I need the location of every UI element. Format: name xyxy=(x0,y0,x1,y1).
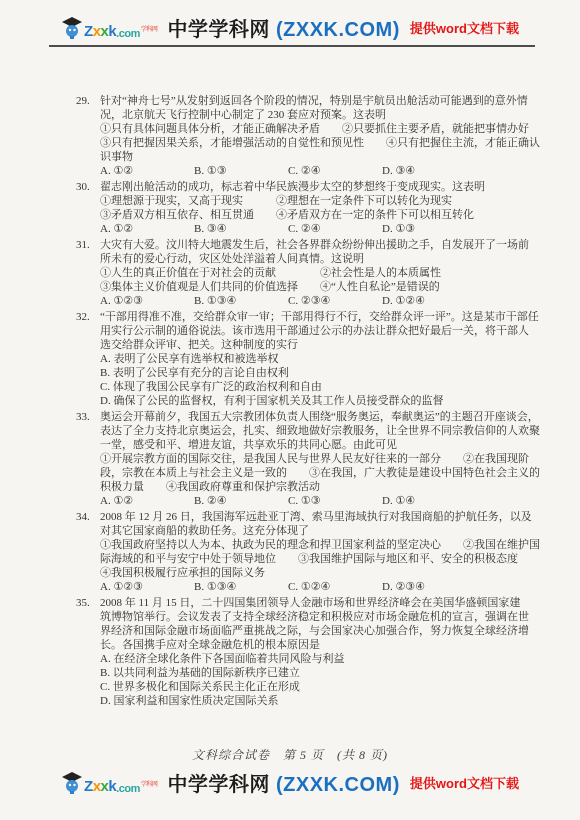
choice-line: A. 表明了公民享有选举权和被选举权 xyxy=(100,352,514,366)
question-text-line: ①人生的真正价值在于对社会的贡献 ②社会性是人的本质属性 xyxy=(100,266,514,280)
question-body: 奥运会开幕前夕，我国五大宗教团体负责人围绕“服务奥运，奉献奥运”的主题召开座谈会… xyxy=(100,410,514,508)
question-text-line: 用实行公示制的通俗说法。该市选用干部通过公示的办法让群众把好最后一关，将干部人 xyxy=(100,324,514,338)
question-number: 33. xyxy=(76,410,100,508)
choices-row: A. ①②B. ②④C. ①③D. ①④ xyxy=(100,494,514,508)
site-name: 中学学科网 (ZXXK.COM) xyxy=(167,13,399,42)
header-divider xyxy=(49,45,535,47)
page-footer-info: 文科综合试卷 第 5 页 (共 8 页) xyxy=(0,746,580,763)
question-body: 翟志刚出舱活动的成功，标志着中华民族漫步太空的梦想终于变成现实。这表明①理想源于… xyxy=(100,180,514,236)
choices-row: A. ①②B. ③④C. ②④D. ①③ xyxy=(100,222,514,236)
question-text-line: 翟志刚出舱活动的成功，标志着中华民族漫步太空的梦想终于变成现实。这表明 xyxy=(100,180,514,194)
question-body: 2008 年 12 月 26 日，我国海军远赴亚丁湾、索马里海域执行对我国商船的… xyxy=(100,510,514,594)
question-text-line: 界经济和国际金融市场面临严重挑战之际，与会国家决心加强合作，努力恢复全球经济增 xyxy=(100,624,514,638)
question-text-line: 所未有的爱心行动，灾区处处洋溢着人间真情。这说明 xyxy=(100,252,514,266)
question-number: 34. xyxy=(76,510,100,594)
question-text-line: ①只有具体问题具体分析，才能正确解决矛盾 ②只要抓住主要矛盾，就能把事情办好 xyxy=(100,122,514,136)
question-30: 30.翟志刚出舱活动的成功，标志着中华民族漫步太空的梦想终于变成现实。这表明①理… xyxy=(76,180,514,236)
question-text-line: 况，北京航天飞行控制中心制定了 230 套应对预案。这表明 xyxy=(100,108,514,122)
question-text-line: ③集体主义价值观是人们共同的价值选择 ④“人性自私论”是错误的 xyxy=(100,280,514,294)
question-body: 大灾有大爱。汶川特大地震发生后，社会各界群众纷纷伸出援助之手，自发展开了一场前所… xyxy=(100,238,514,308)
question-text-line: ①我国政府坚持以人为本、执政为民的理念和捍卫国家利益的坚定决心 ②我国在维护国 xyxy=(100,538,514,552)
choice-line: B. 以共同利益为基础的国际新秩序已建立 xyxy=(100,666,514,680)
choices-row: A. ①②B. ①③C. ②④D. ③④ xyxy=(100,164,514,178)
question-text-line: ③只有把握因果关系，才能增强活动的自觉性和预见性 ④只有把握住主流，才能正确认 xyxy=(100,136,514,150)
question-text-line: 2008 年 11 月 15 日，二十四国集团领导人金融市场和世界经济峰会在美国… xyxy=(100,596,514,610)
logo-letter: k xyxy=(108,23,116,40)
choice: B. ③④ xyxy=(194,222,288,236)
zxxk-logo-footer: Zxxk.com学科网 xyxy=(61,771,157,795)
logo-letter: x xyxy=(93,778,101,795)
graduate-mascot-icon xyxy=(61,771,83,795)
question-text-line: 识事物 xyxy=(100,150,514,164)
logo-letter: x xyxy=(93,23,101,40)
header-brand-bar: Zxxk.com学科网 中学学科网 (ZXXK.COM) 提供word文档下载 xyxy=(0,13,580,42)
choice: D. ①③ xyxy=(382,222,415,236)
question-text-line: ③矛盾双方相互依存、相互贯通 ④矛盾双方在一定的条件下可以相互转化 xyxy=(100,208,514,222)
logo-letter: k xyxy=(108,778,116,795)
choice: B. ①③④ xyxy=(194,580,288,594)
logo-tag: 学科网 xyxy=(141,24,158,33)
footer-brand-bar: Zxxk.com学科网 中学学科网 (ZXXK.COM) 提供word文档下载 xyxy=(0,768,580,797)
question-text-line: “干部用得准不准，交给群众审一审；干部用得行不行，交给群众评一评”。这是某市干部… xyxy=(100,310,514,324)
choice: B. ①③ xyxy=(194,164,288,178)
questions: 29.针对“神舟七号”从发射到返回各个阶段的情况，特别是宇航员出舱活动可能遇到的… xyxy=(76,94,514,710)
question-text-line: 长。各国携手应对全球金融危机的根本原因是 xyxy=(100,638,514,652)
choice-line: D. 国家利益和国家性质决定国际关系 xyxy=(100,694,514,708)
question-body: “干部用得准不准，交给群众审一审；干部用得行不行，交给群众评一评”。这是某市干部… xyxy=(100,310,514,408)
choice-line: A. 在经济全球化条件下各国面临着共同风险与利益 xyxy=(100,652,514,666)
question-text-line: 一堂，感受和平、增进友谊，共享欢乐的共同心愿。由此可见 xyxy=(100,438,514,452)
question-text-line: 筑博物馆举行。会议发表了支持全球经济稳定和积极应对市场金融危机的宣言，强调在世 xyxy=(100,610,514,624)
choice: A. ①② xyxy=(100,164,194,178)
question-text-line: 选交给群众评审、把关。这种制度的实行 xyxy=(100,338,514,352)
question-text-line: 奥运会开幕前夕，我国五大宗教团体负责人围绕“服务奥运，奉献奥运”的主题召开座谈会… xyxy=(100,410,514,424)
question-34: 34.2008 年 12 月 26 日，我国海军远赴亚丁湾、索马里海域执行对我国… xyxy=(76,510,514,594)
choice: C. ①②④ xyxy=(288,580,382,594)
question-text-line: 表达了全力支持北京奥运会，扎实、细致地做好宗教服务，让全世界不同宗教信仰的人欢聚 xyxy=(100,424,514,438)
question-body: 针对“神舟七号”从发射到返回各个阶段的情况，特别是宇航员出舱活动可能遇到的意外情… xyxy=(100,94,514,178)
site-name-en: (ZXXK.COM) xyxy=(276,19,400,41)
choice: A. ①② xyxy=(100,222,194,236)
choice-line: D. 确保了公民的监督权，有利于国家机关及其工作人员接受群众的监督 xyxy=(100,394,514,408)
question-text-line: 针对“神舟七号”从发射到返回各个阶段的情况，特别是宇航员出舱活动可能遇到的意外情 xyxy=(100,94,514,108)
question-number: 29. xyxy=(76,94,100,178)
question-number: 30. xyxy=(76,180,100,236)
question-number: 31. xyxy=(76,238,100,308)
site-name-footer: 中学学科网 (ZXXK.COM) xyxy=(167,768,399,797)
logo-letter: x xyxy=(101,778,109,795)
choice-line: C. 体现了我国公民享有广泛的政治权利和自由 xyxy=(100,380,514,394)
site-name-cn: 中学学科网 xyxy=(167,774,270,796)
choice: C. ②③④ xyxy=(288,294,382,308)
choices-row: A. ①②③B. ①③④C. ①②④D. ②③④ xyxy=(100,580,514,594)
question-text-line: 积极力量 ④我国政府尊重和保护宗教活动 xyxy=(100,480,514,494)
choice: B. ②④ xyxy=(194,494,288,508)
choice-line: B. 表明了公民享有充分的言论自由权利 xyxy=(100,366,514,380)
question-body: 2008 年 11 月 15 日，二十四国集团领导人金融市场和世界经济峰会在美国… xyxy=(100,596,514,708)
question-32: 32.“干部用得准不准，交给群众审一审；干部用得行不行，交给群众评一评”。这是某… xyxy=(76,310,514,408)
question-29: 29.针对“神舟七号”从发射到返回各个阶段的情况，特别是宇航员出舱活动可能遇到的… xyxy=(76,94,514,178)
choice: A. ①② xyxy=(100,494,194,508)
question-35: 35.2008 年 11 月 15 日，二十四国集团领导人金融市场和世界经济峰会… xyxy=(76,596,514,708)
question-33: 33.奥运会开幕前夕，我国五大宗教团体负责人围绕“服务奥运，奉献奥运”的主题召开… xyxy=(76,410,514,508)
choice: A. ①②③ xyxy=(100,580,194,594)
choice: A. ①②③ xyxy=(100,294,194,308)
choice: C. ②④ xyxy=(288,164,382,178)
question-number: 32. xyxy=(76,310,100,408)
question-text-line: 际海域的和平与安宁中处于领导地位 ③我国维护国际与地区和平、安全的积极态度 xyxy=(100,552,514,566)
logo-letter: Z xyxy=(84,778,93,795)
footer-tagline: 提供word文档下载 xyxy=(410,773,519,792)
choice: C. ①③ xyxy=(288,494,382,508)
site-name-en: (ZXXK.COM) xyxy=(276,774,400,796)
question-text-line: 对其它国家商船的救助任务。这充分体现了 xyxy=(100,524,514,538)
header-tagline: 提供word文档下载 xyxy=(410,18,519,37)
question-text-line: 2008 年 12 月 26 日，我国海军远赴亚丁湾、索马里海域执行对我国商船的… xyxy=(100,510,514,524)
question-text-line: ①理想源于现实，又高于现实 ②理想在一定条件下可以转化为现实 xyxy=(100,194,514,208)
question-text-line: 段，宗教在本质上与社会主义是一致的 ③在我国，广大教徒是建设中国特色社会主义的 xyxy=(100,466,514,480)
logo-letter: x xyxy=(101,23,109,40)
logo-tag: 学科网 xyxy=(141,779,158,788)
choice: C. ②④ xyxy=(288,222,382,236)
question-text-line: ④我国积极履行应承担的国际义务 xyxy=(100,566,514,580)
choice: D. ①②④ xyxy=(382,294,425,308)
question-text-line: ①开展宗教方面的国际交往，是我国人民与世界人民友好往来的一部分 ②在我国现阶 xyxy=(100,452,514,466)
logo-suffix: .com xyxy=(116,783,140,795)
site-name-cn: 中学学科网 xyxy=(167,19,270,41)
choice: D. ③④ xyxy=(382,164,415,178)
choice: D. ②③④ xyxy=(382,580,425,594)
logo-suffix: .com xyxy=(116,28,140,40)
graduate-mascot-icon xyxy=(61,16,83,40)
question-31: 31.大灾有大爱。汶川特大地震发生后，社会各界群众纷纷伸出援助之手，自发展开了一… xyxy=(76,238,514,308)
logo-letter: Z xyxy=(84,23,93,40)
choice-line: C. 世界多极化和国际关系民主化正在形成 xyxy=(100,680,514,694)
choice: B. ①③④ xyxy=(194,294,288,308)
choice: D. ①④ xyxy=(382,494,415,508)
question-text-line: 大灾有大爱。汶川特大地震发生后，社会各界群众纷纷伸出援助之手，自发展开了一场前 xyxy=(100,238,514,252)
zxxk-logo: Zxxk.com学科网 xyxy=(61,16,157,40)
choices-row: A. ①②③B. ①③④C. ②③④D. ①②④ xyxy=(100,294,514,308)
question-number: 35. xyxy=(76,596,100,708)
